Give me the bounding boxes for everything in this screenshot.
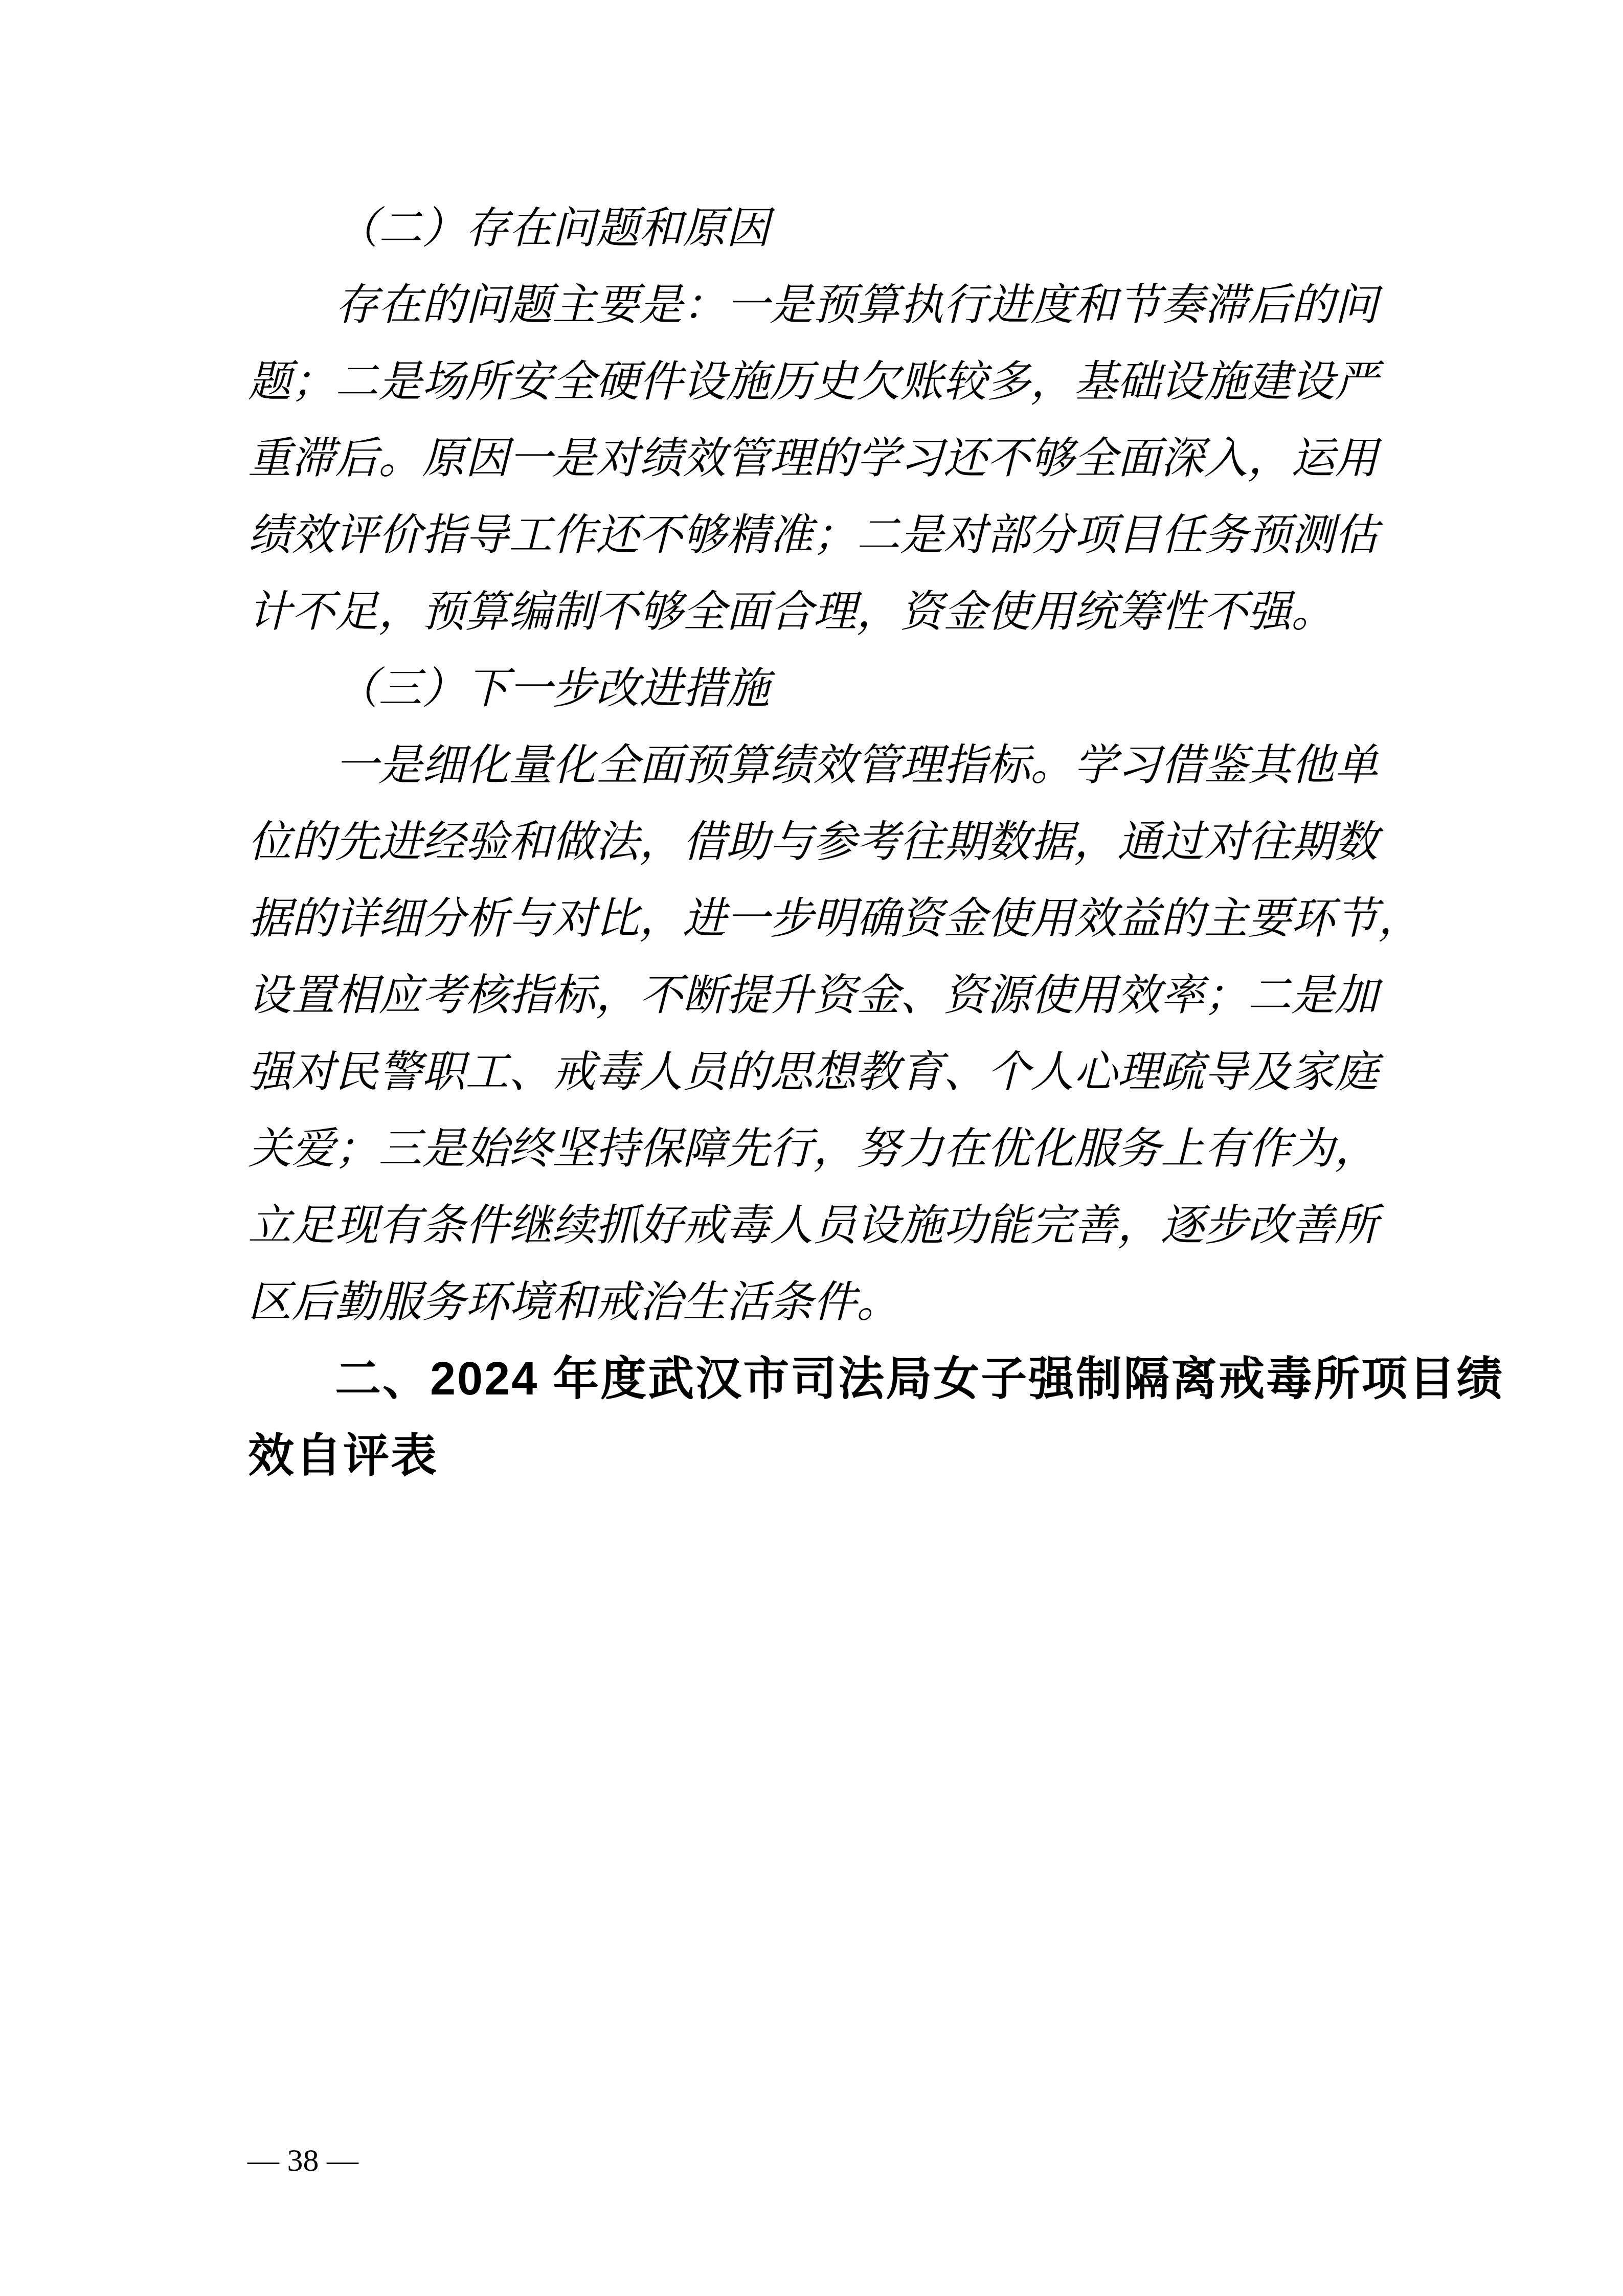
body-text-line: 计不足，预算编制不够全面合理，资金使用统筹性不强。 (248, 574, 1393, 650)
page-number: — 38 — (247, 2143, 358, 2178)
body-text-line: 立足现有条件继续抓好戒毒人员设施功能完善，逐步改善所 (248, 1187, 1393, 1264)
document-body: （二）存在问题和原因存在的问题主要是：一是预算执行进度和节奏滞后的问题；二是场所… (248, 190, 1393, 1494)
bold-section-heading: 二、2024 年度武汉市司法局女子强制隔离戒毒所项目绩 (248, 1341, 1393, 1417)
document-page: （二）存在问题和原因存在的问题主要是：一是预算执行进度和节奏滞后的问题；二是场所… (0, 0, 1623, 2296)
body-text-line: 关爱；三是始终坚持保障先行，努力在优化服务上有作为， (248, 1111, 1393, 1187)
body-text-line: 强对民警职工、戒毒人员的思想教育、个人心理疏导及家庭 (248, 1034, 1393, 1111)
body-text-line: 存在的问题主要是：一是预算执行进度和节奏滞后的问 (248, 267, 1393, 344)
body-text-line: 区后勤服务环境和戒治生活条件。 (248, 1264, 1393, 1341)
body-text-line: 据的详细分析与对比，进一步明确资金使用效益的主要环节， (248, 881, 1393, 957)
section-heading: （三）下一步改进措施 (248, 650, 1393, 727)
page-footer: — 38 — (247, 2137, 358, 2184)
body-text-line: 绩效评价指导工作还不够精准；二是对部分项目任务预测估 (248, 497, 1393, 574)
bold-section-heading: 效自评表 (248, 1417, 1393, 1494)
body-text-line: 一是细化量化全面预算绩效管理指标。学习借鉴其他单 (248, 727, 1393, 804)
body-text-line: 位的先进经验和做法，借助与参考往期数据，通过对往期数 (248, 804, 1393, 881)
body-text-line: 题；二是场所安全硬件设施历史欠账较多，基础设施建设严 (248, 344, 1393, 420)
body-text-line: 重滞后。原因一是对绩效管理的学习还不够全面深入，运用 (248, 420, 1393, 497)
section-heading: （二）存在问题和原因 (248, 190, 1393, 267)
body-text-line: 设置相应考核指标，不断提升资金、资源使用效率；二是加 (248, 957, 1393, 1034)
